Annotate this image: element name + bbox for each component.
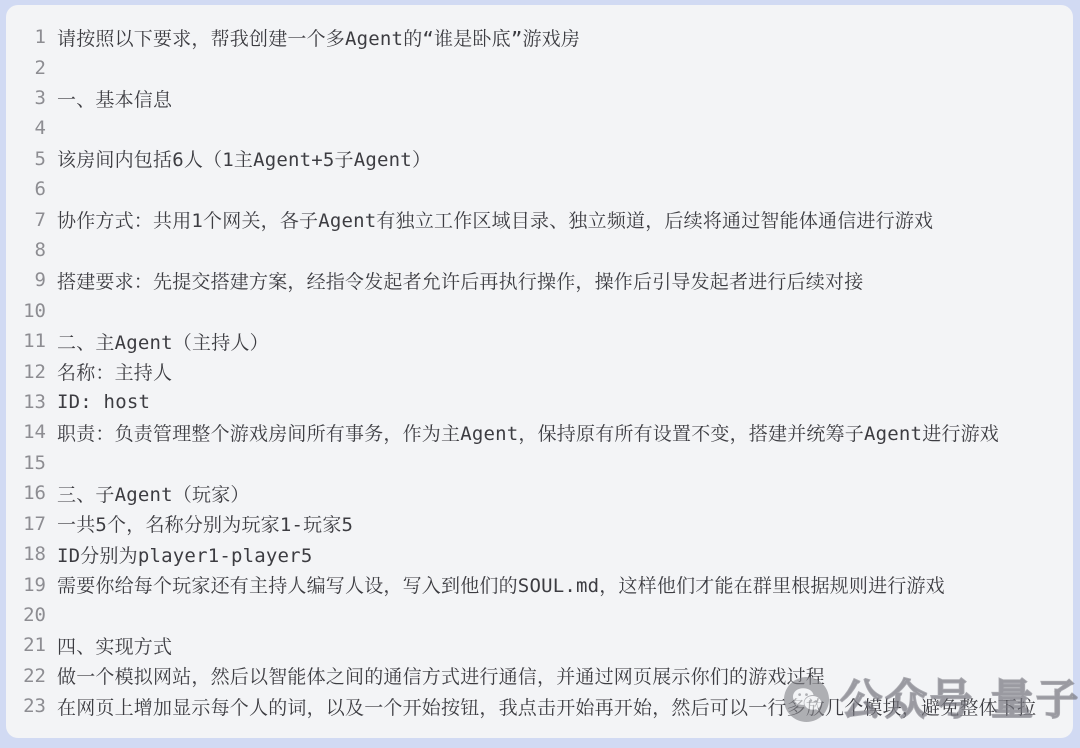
line-number: 20 <box>6 604 46 626</box>
code-line: 17一共5个，名称分别为玩家1-玩家5 <box>6 509 1059 539</box>
code-line: 3一、基本信息 <box>6 83 1059 113</box>
line-text: 一共5个，名称分别为玩家1-玩家5 <box>57 510 353 537</box>
code-line: 20 <box>6 600 1059 630</box>
code-line: 18ID分别为player1-player5 <box>6 539 1059 569</box>
line-text: 需要你给每个玩家还有主持人编写人设，写入到他们的SOUL.md，这样他们才能在群… <box>57 571 945 598</box>
line-text: 二、主Agent（主持人） <box>57 328 269 355</box>
line-number: 22 <box>6 665 46 687</box>
prompt-text-card: 1请按照以下要求，帮我创建一个多Agent的“谁是卧底”游戏房23一、基本信息4… <box>6 5 1073 738</box>
code-line: 12名称：主持人 <box>6 356 1059 386</box>
line-text: ID: host <box>57 391 150 413</box>
code-line: 19需要你给每个玩家还有主持人编写人设，写入到他们的SOUL.md，这样他们才能… <box>6 569 1059 599</box>
line-number: 13 <box>6 391 46 413</box>
line-text: 三、子Agent（玩家） <box>57 480 250 507</box>
line-number: 8 <box>6 239 46 261</box>
code-line: 5该房间内包括6人（1主Agent+5子Agent） <box>6 144 1059 174</box>
code-line: 7协作方式：共用1个网关，各子Agent有独立工作区域目录、独立频道，后续将通过… <box>6 204 1059 234</box>
line-text: 名称：主持人 <box>57 358 172 385</box>
code-line: 9搭建要求：先提交搭建方案，经指令发起者允许后再执行操作，操作后引导发起者进行后… <box>6 265 1059 295</box>
line-text: 该房间内包括6人（1主Agent+5子Agent） <box>57 145 431 172</box>
code-line: 11二、主Agent（主持人） <box>6 326 1059 356</box>
code-line: 22做一个模拟网站，然后以智能体之间的通信方式进行通信，并通过网页展示你们的游戏… <box>6 661 1059 691</box>
line-text: 一、基本信息 <box>57 85 172 112</box>
code-line: 8 <box>6 235 1059 265</box>
line-text: 在网页上增加显示每个人的词，以及一个开始按钮，我点击开始再开始，然后可以一行多放… <box>57 693 1036 720</box>
code-line: 16三、子Agent（玩家） <box>6 478 1059 508</box>
code-line: 1请按照以下要求，帮我创建一个多Agent的“谁是卧底”游戏房 <box>6 22 1059 52</box>
code-line: 13ID: host <box>6 387 1059 417</box>
code-lines: 1请按照以下要求，帮我创建一个多Agent的“谁是卧底”游戏房23一、基本信息4… <box>6 22 1059 721</box>
line-number: 2 <box>6 57 46 79</box>
line-number: 19 <box>6 574 46 596</box>
line-number: 9 <box>6 269 46 291</box>
line-number: 1 <box>6 26 46 48</box>
line-number: 3 <box>6 87 46 109</box>
code-line: 23在网页上增加显示每个人的词，以及一个开始按钮，我点击开始再开始，然后可以一行… <box>6 691 1059 721</box>
line-number: 12 <box>6 361 46 383</box>
line-number: 17 <box>6 513 46 535</box>
line-number: 4 <box>6 117 46 139</box>
line-number: 15 <box>6 452 46 474</box>
line-number: 23 <box>6 695 46 717</box>
line-number: 11 <box>6 330 46 352</box>
line-text: 做一个模拟网站，然后以智能体之间的通信方式进行通信，并通过网页展示你们的游戏过程 <box>57 662 825 689</box>
line-text: 协作方式：共用1个网关，各子Agent有独立工作区域目录、独立频道，后续将通过智… <box>57 206 933 233</box>
code-line: 15 <box>6 448 1059 478</box>
line-text: ID分别为player1-player5 <box>57 541 312 568</box>
line-number: 5 <box>6 148 46 170</box>
line-number: 14 <box>6 421 46 443</box>
line-text: 请按照以下要求，帮我创建一个多Agent的“谁是卧底”游戏房 <box>57 24 580 51</box>
code-line: 2 <box>6 52 1059 82</box>
code-line: 6 <box>6 174 1059 204</box>
code-line: 4 <box>6 113 1059 143</box>
line-number: 16 <box>6 482 46 504</box>
line-number: 10 <box>6 300 46 322</box>
code-line: 21四、实现方式 <box>6 630 1059 660</box>
line-number: 7 <box>6 209 46 231</box>
code-line: 14职责：负责管理整个游戏房间所有事务，作为主Agent，保持原有所有设置不变，… <box>6 417 1059 447</box>
line-text: 四、实现方式 <box>57 632 172 659</box>
line-number: 18 <box>6 543 46 565</box>
line-number: 6 <box>6 178 46 200</box>
code-line: 10 <box>6 296 1059 326</box>
line-number: 21 <box>6 634 46 656</box>
line-text: 搭建要求：先提交搭建方案，经指令发起者允许后再执行操作，操作后引导发起者进行后续… <box>57 267 863 294</box>
line-text: 职责：负责管理整个游戏房间所有事务，作为主Agent，保持原有所有设置不变，搭建… <box>57 419 999 446</box>
